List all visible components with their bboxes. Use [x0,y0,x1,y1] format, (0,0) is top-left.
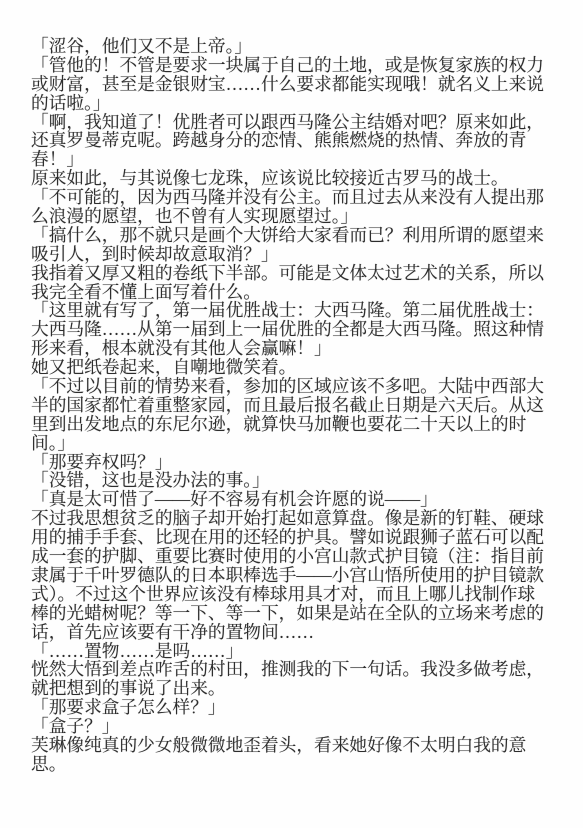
text-line: 原来如此，与其说像七龙珠，应该说比较接近古罗马的战士。 [31,169,553,188]
text-line: 「……置物……是吗……」 [31,642,553,661]
text-line: 「不过以目前的情势来看，参加的区域应该不多吧。大陆中西部大 [31,377,553,396]
text-line: 她又把纸卷起来，自嘲地微笑着。 [31,358,553,377]
text-line: 还真罗曼蒂克呢。跨越身分的恋情、熊熊燃烧的热情、奔放的青 [31,131,553,150]
text-line: 「涩谷，他们又不是上帝。」 [31,37,553,56]
text-line: 用的捕手手套、比现在用的还轻的护具。譬如说跟狮子蓝石可以配 [31,528,553,547]
text-line: 大西马隆……从第一届到上一届优胜的全都是大西马隆。照这种情 [31,320,553,339]
text-line: 的话啦。」 [31,94,553,113]
text-line: 里到出发地点的东尼尔逊，就算快马加鞭也要花二十天以上的时 [31,415,553,434]
text-line: 就把想到的事说了出来。 [31,679,553,698]
text-line: 「搞什么，那不就只是画个大饼给大家看而已？利用所谓的愿望来 [31,226,553,245]
text-line: 式）。不过这个世界应该没有棒球用具才对，而且上哪儿找制作球 [31,585,553,604]
text-line: 「那要求盒子怎么样？」 [31,698,553,717]
text-line: 我指着又厚又粗的卷纸下半部。可能是文体太过艺术的关系，所以 [31,264,553,283]
text-line: 「这里就有写了，第一届优胜战士：大西马隆。第二届优胜战士： [31,301,553,320]
text-line: 成一套的护脚、重要比赛时使用的小宫山款式护目镜（注：指目前 [31,547,553,566]
text-line: 我完全看不懂上面写着什么。 [31,283,553,302]
text-line: 「真是太可惜了——好不容易有机会许愿的说——」 [31,490,553,509]
text-line: 不过我思想贫乏的脑子却开始打起如意算盘。像是新的钉鞋、硬球 [31,509,553,528]
text-line: 恍然大悟到差点咋舌的村田，推测我的下一句话。我没多做考虑， [31,660,553,679]
text-line: 半的国家都忙着重整家园，而且最后报名截止日期是六天后。从这 [31,396,553,415]
text-line: 吸引人，到时候却故意取消？」 [31,245,553,264]
text-line: 「啊，我知道了！优胜者可以跟西马隆公主结婚对吧？原来如此， [31,113,553,132]
text-line: 形来看，根本就没有其他人会赢嘛！」 [31,339,553,358]
text-line: 「盒子？」 [31,717,553,736]
text-line: 「没错，这也是没办法的事。」 [31,471,553,490]
text-line: 「不可能的，因为西马隆并没有公主。而且过去从来没有人提出那 [31,188,553,207]
text-line: 「管他的！不管是要求一块属于自己的土地，或是恢复家族的权力 [31,56,553,75]
text-line: 芙琳像纯真的少女般微微地歪着头，看来她好像不太明白我的意 [31,736,553,755]
text-line: 间。」 [31,434,553,453]
text-line: 隶属于千叶罗德队的日本职棒选手——小宫山悟所使用的护目镜款 [31,566,553,585]
text-line: 么浪漫的愿望，也不曾有人实现愿望过。」 [31,207,553,226]
text-line: 春！」 [31,150,553,169]
text-line: 思。 [31,755,553,774]
text-line: 或财富，甚至是金银财宝……什么要求都能实现哦！就名义上来说 [31,75,553,94]
text-line: 话，首先应该要有干净的置物间…… [31,623,553,642]
text-line: 「那要弃权吗？」 [31,453,553,472]
novel-page: 「涩谷，他们又不是上帝。」 「管他的！不管是要求一块属于自己的土地，或是恢复家族… [0,0,583,828]
text-block: 「涩谷，他们又不是上帝。」 「管他的！不管是要求一块属于自己的土地，或是恢复家族… [31,37,553,774]
text-line: 棒的光蜡树呢？等一下、等一下，如果是站在全队的立场来考虑的 [31,604,553,623]
